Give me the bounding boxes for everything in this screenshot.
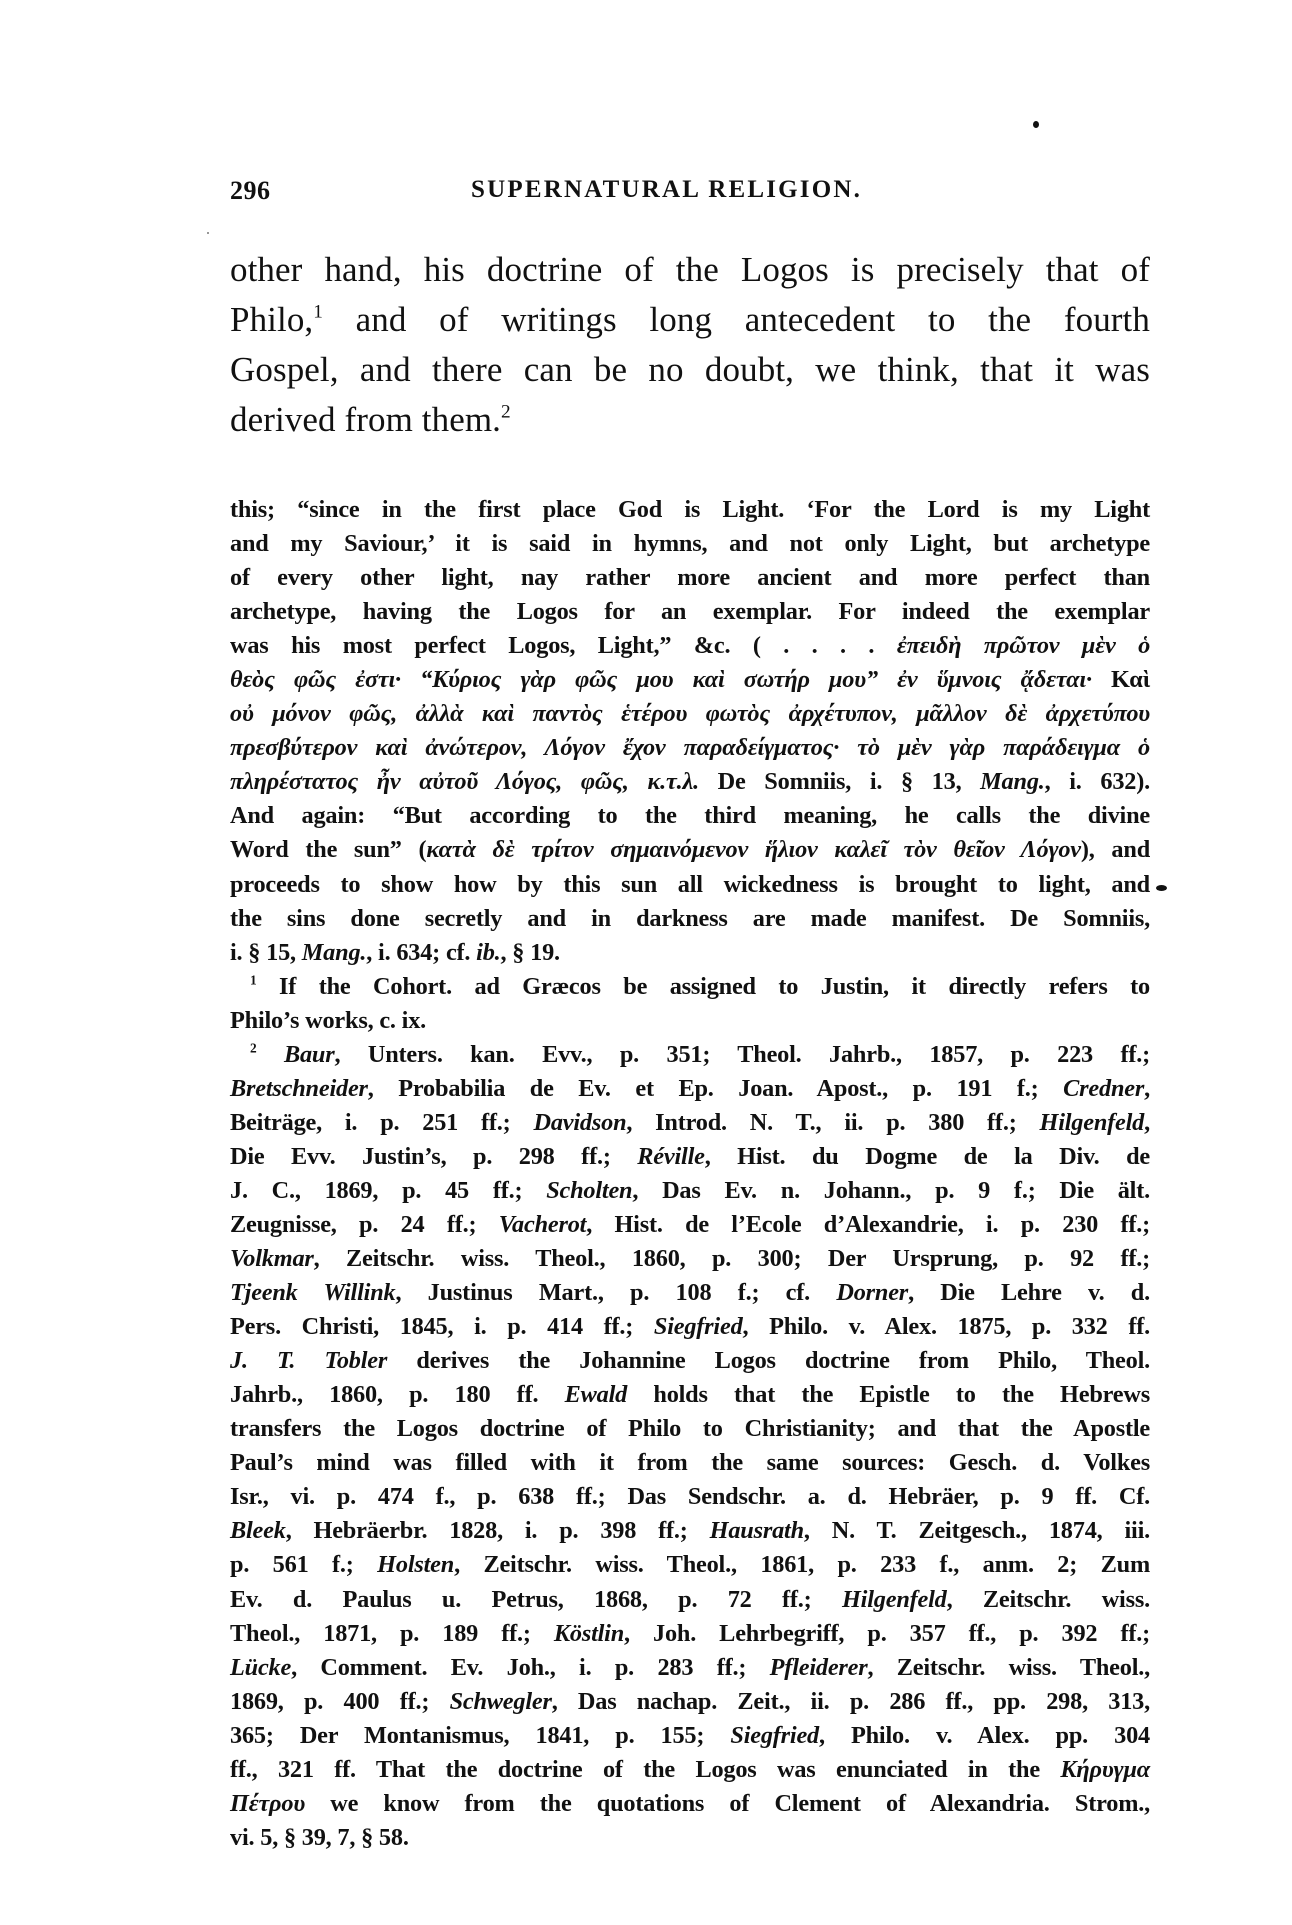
footnote-line: Jahrb., 1860, p. 180 ff. Ewald holds tha… (230, 1378, 1150, 1412)
footnote-line: this; “since in the first place God is L… (230, 493, 1150, 527)
footnote-line: was his most perfect Logos, Light,” &c. … (230, 629, 1150, 663)
footnote-line: Word the sun” (κατὰ δὲ τρίτον σημαινόμεν… (230, 833, 1150, 867)
footnote-line: Theol., 1871, p. 189 ff.; Köstlin, Joh. … (230, 1617, 1150, 1651)
ink-speck (207, 232, 209, 234)
footnotes: this; “since in the first place God is L… (230, 493, 1150, 1855)
footnote-line: Bleek, Hebräerbr. 1828, i. p. 398 ff.; H… (230, 1514, 1150, 1548)
footnote-line: Beiträge, i. p. 251 ff.; Davidson, Intro… (230, 1106, 1150, 1140)
footnote-line: Volkmar, Zeitschr. wiss. Theol., 1860, p… (230, 1242, 1150, 1276)
footnote-line: of every other light, nay rather more an… (230, 561, 1150, 595)
footnote-line: πρεσβύτερον καὶ ἀνώτερον, Λόγον ἔχον παρ… (230, 731, 1150, 765)
footnote-line: Ev. d. Paulus u. Petrus, 1868, p. 72 ff.… (230, 1583, 1150, 1617)
footnote-line: transfers the Logos doctrine of Philo to… (230, 1412, 1150, 1446)
footnote-line: Bretschneider, Probabilia de Ev. et Ep. … (230, 1072, 1150, 1106)
footnote-line: 365; Der Montanismus, 1841, p. 155; Sieg… (230, 1719, 1150, 1753)
body-text-line: other hand, his doctrine of the Logos is… (230, 245, 1150, 295)
footnote-line: Die Evv. Justin’s, p. 298 ff.; Réville, … (230, 1140, 1150, 1174)
footnote-line: 1869, p. 400 ff.; Schwegler, Das nachap.… (230, 1685, 1150, 1719)
footnote-line: οὐ μόνον φῶς, ἀλλὰ καὶ παντὸς ἑτέρου φωτ… (230, 697, 1150, 731)
footnote-line: Tjeenk Willink, Justinus Mart., p. 108 f… (230, 1276, 1150, 1310)
footnote-line: Pers. Christi, 1845, i. p. 414 ff.; Sieg… (230, 1310, 1150, 1344)
footnote-line: Lücke, Comment. Ev. Joh., i. p. 283 ff.;… (230, 1651, 1150, 1685)
footnote-line: 2 Baur, Unters. kan. Evv., p. 351; Theol… (230, 1038, 1150, 1072)
page-number: 296 (230, 176, 271, 206)
footnote-line: ff., 321 ff. That the doctrine of the Lo… (230, 1753, 1150, 1787)
footnote-line: Isr., vi. p. 474 f., p. 638 ff.; Das Sen… (230, 1480, 1150, 1514)
footnote-line: proceeds to show how by this sun all wic… (230, 868, 1150, 902)
book-page: 296 SUPERNATURAL RELIGION. other hand, h… (0, 0, 1292, 1925)
footnote-line: vi. 5, § 39, 7, § 58. (230, 1821, 1150, 1855)
footnote-line: 1 If the Cohort. ad Græcos be assigned t… (230, 970, 1150, 1004)
footnote-line: archetype, having the Logos for an exemp… (230, 595, 1150, 629)
footnote-line: J. C., 1869, p. 45 ff.; Scholten, Das Ev… (230, 1174, 1150, 1208)
body-text-line: Philo,1 and of writings long antecedent … (230, 295, 1150, 345)
footnote-line: Paul’s mind was filled with it from the … (230, 1446, 1150, 1480)
footnote-line: Philo’s works, c. ix. (230, 1004, 1150, 1038)
footnote-line: Zeugnisse, p. 24 ff.; Vacherot, Hist. de… (230, 1208, 1150, 1242)
body-text-line: Gospel, and there can be no doubt, we th… (230, 345, 1150, 395)
footnote-line: p. 561 f.; Holsten, Zeitschr. wiss. Theo… (230, 1548, 1150, 1582)
margin-mark (1156, 885, 1167, 891)
footnote-line: i. § 15, Mang., i. 634; cf. ib., § 19. (230, 936, 1150, 970)
running-title: SUPERNATURAL RELIGION. (471, 176, 862, 204)
footnote-line: J. T. Tobler derives the Johannine Logos… (230, 1344, 1150, 1378)
footnote-line: θεὸς φῶς ἐστι· “Κύριος γὰρ φῶς μου καὶ σ… (230, 663, 1150, 697)
footnote-line: Πέτρου we know from the quotations of Cl… (230, 1787, 1150, 1821)
footnote-line: the sins done secretly and in darkness a… (230, 902, 1150, 936)
running-head: 296 SUPERNATURAL RELIGION. (230, 176, 1150, 210)
body-text-line: derived from them.2 (230, 395, 1150, 445)
main-text: other hand, his doctrine of the Logos is… (230, 245, 1150, 445)
footnote-line: πληρέστατος ἦν αὐτοῦ Λόγος, φῶς, κ.τ.λ. … (230, 765, 1150, 799)
footnote-line: And again: “But according to the third m… (230, 799, 1150, 833)
footnote-line: and my Saviour,’ it is said in hymns, an… (230, 527, 1150, 561)
ink-speck (1033, 121, 1039, 128)
